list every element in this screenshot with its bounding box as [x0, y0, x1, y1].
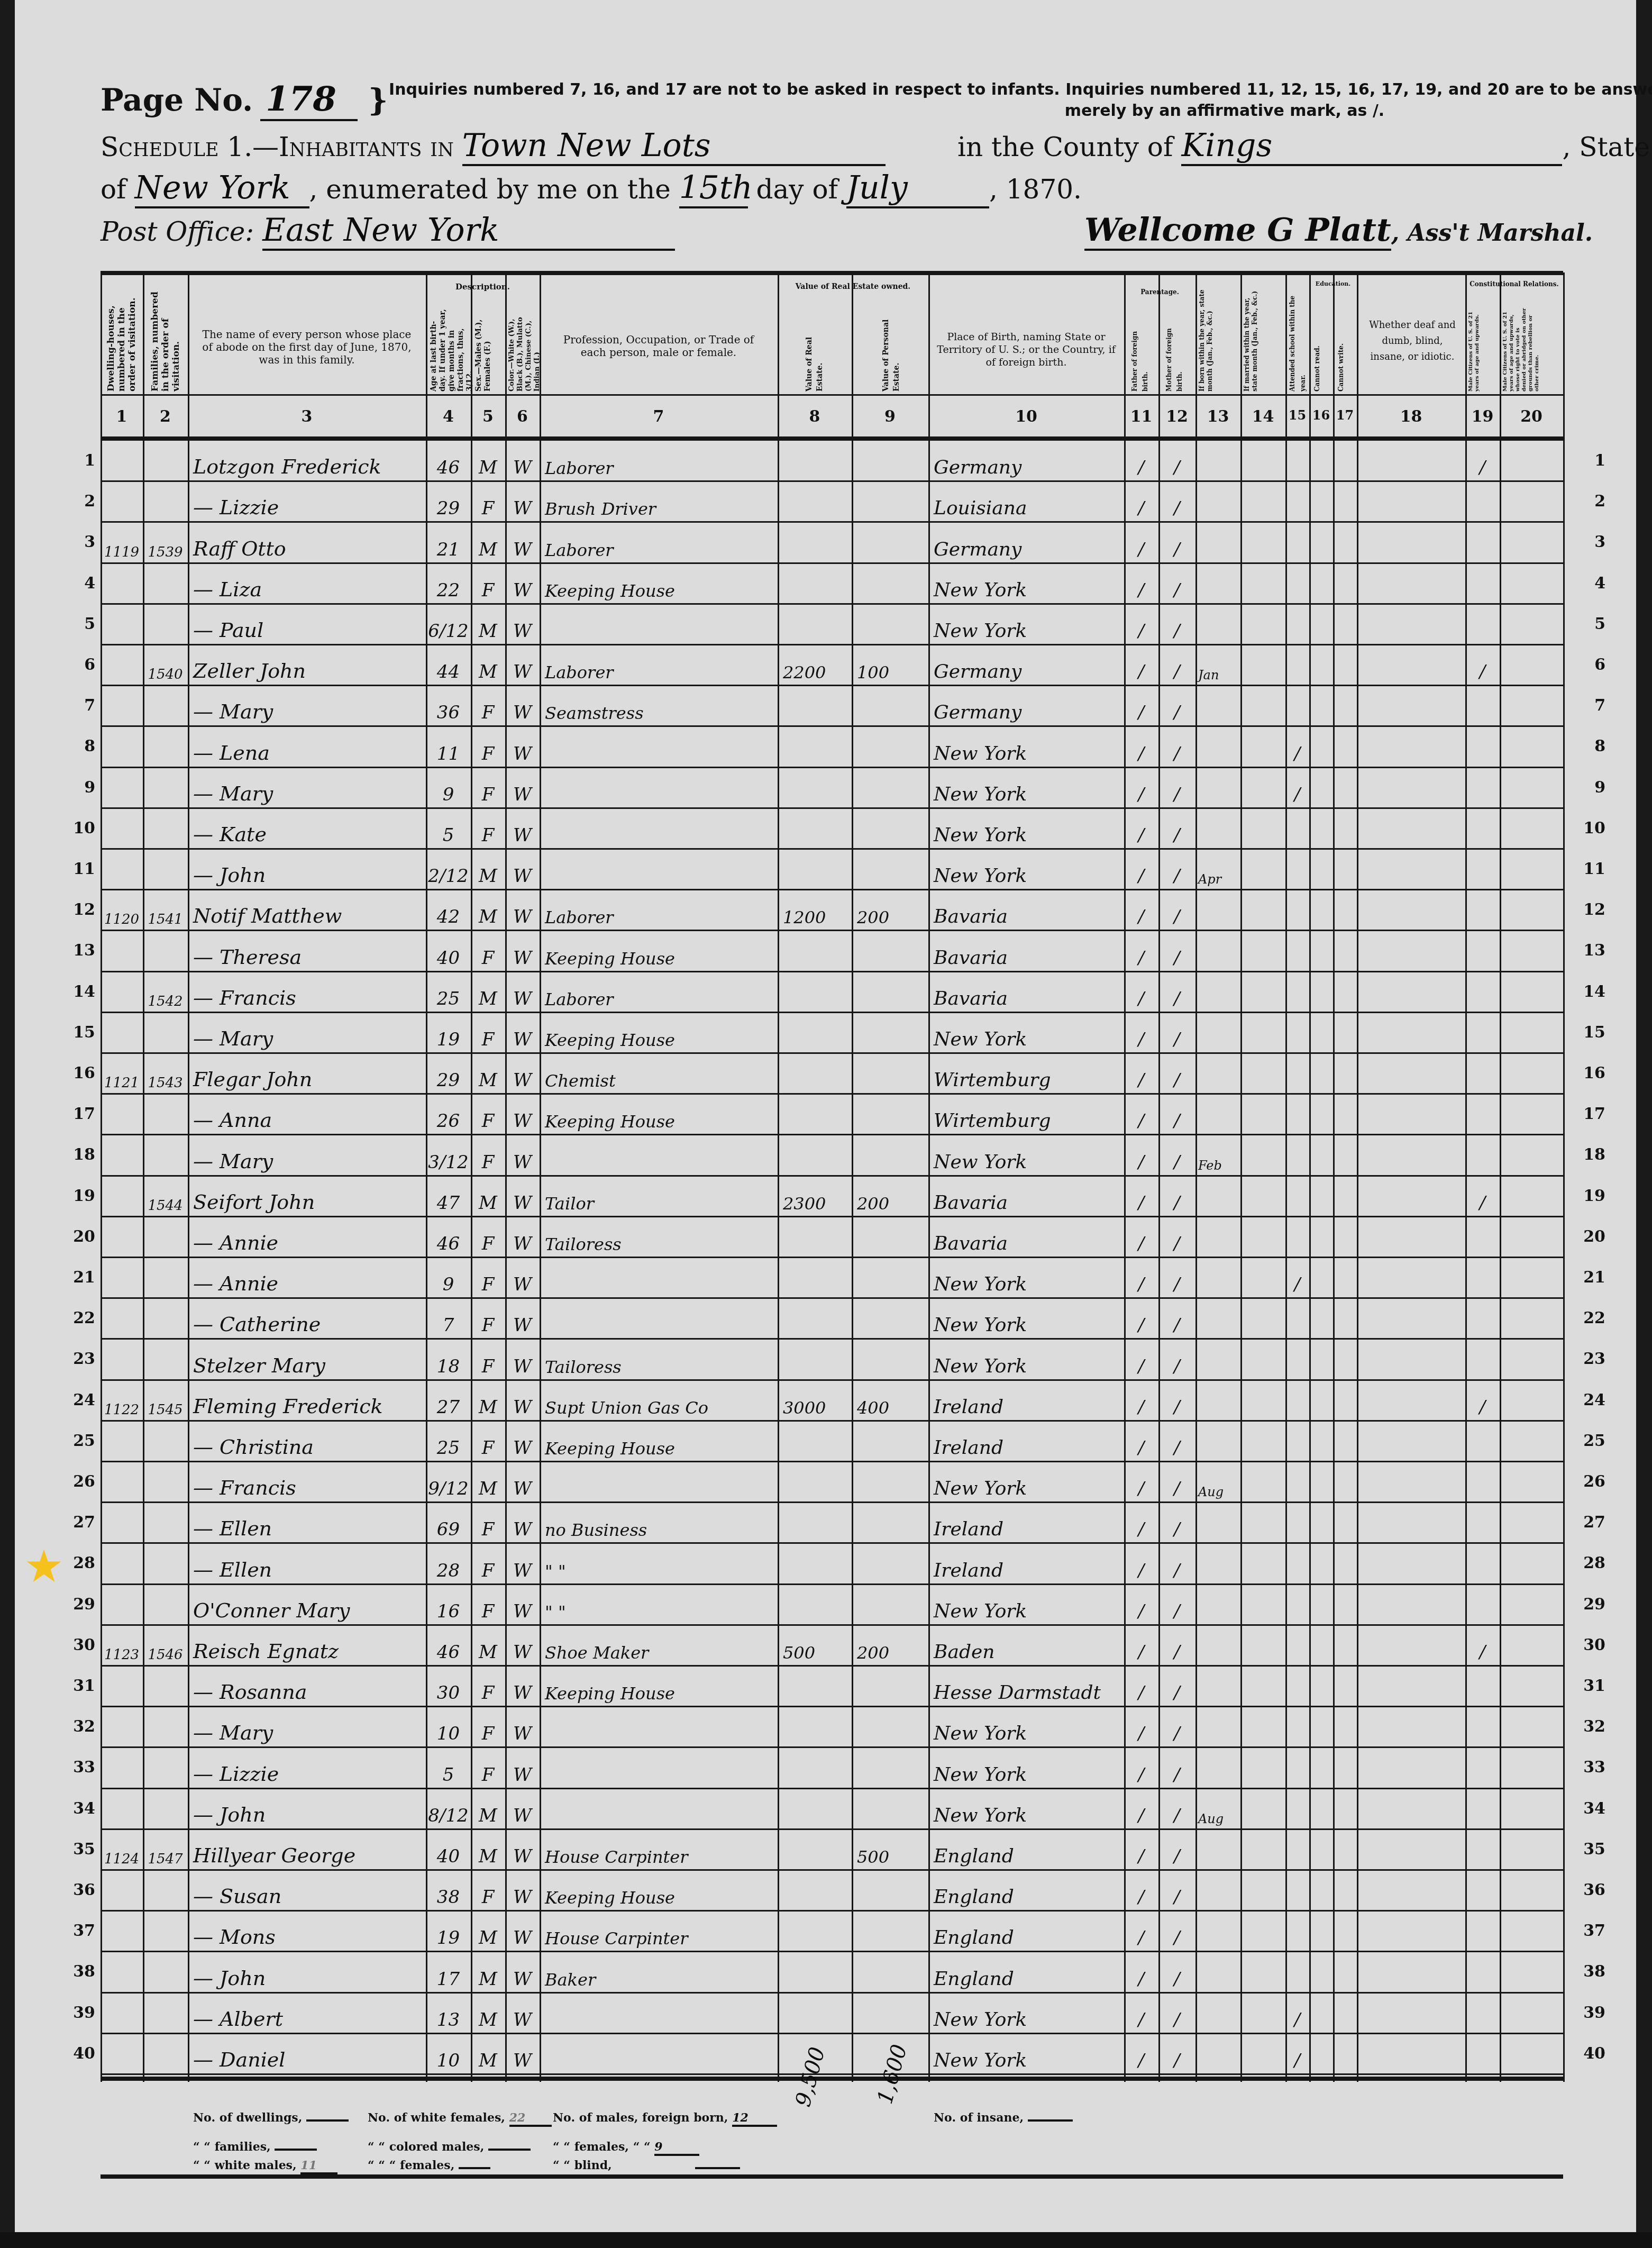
line-number-right: 20	[1579, 1227, 1605, 1246]
school-mark	[1285, 1912, 1309, 1951]
table-row: — Lena11FWNew York///88	[0, 727, 1652, 762]
footer-families: “ “ families,	[193, 2140, 317, 2154]
real-estate-value	[783, 1095, 852, 1134]
occupation: Tailor	[545, 1177, 778, 1216]
school-mark	[1285, 687, 1309, 725]
occupation: Keeping House	[545, 932, 778, 970]
row-rule	[101, 685, 1563, 686]
citizen-mark	[1465, 1299, 1500, 1338]
col-number-3: 3	[188, 407, 426, 426]
age: 17	[426, 1953, 471, 1991]
born-month	[1198, 1544, 1240, 1583]
occupation	[545, 769, 778, 807]
row-rule	[101, 480, 1563, 482]
mother-foreign-mark: /	[1158, 1299, 1195, 1338]
line-number-left: 18	[69, 1145, 95, 1164]
row-rule	[101, 971, 1563, 972]
dwelling-number	[101, 605, 143, 644]
col-number-11: 11	[1124, 407, 1158, 426]
school-mark	[1285, 973, 1309, 1012]
age: 28	[426, 1544, 471, 1583]
age: 38	[426, 1871, 471, 1910]
color: W	[505, 769, 540, 807]
mother-foreign-mark: /	[1158, 565, 1195, 603]
person-name: Fleming Frederick	[193, 1381, 426, 1420]
citizen-mark	[1465, 1340, 1500, 1379]
color: W	[505, 1544, 540, 1583]
school-mark	[1285, 1953, 1309, 1991]
row-rule	[101, 1257, 1563, 1258]
age: 46	[426, 1218, 471, 1257]
real-estate-value	[783, 1994, 852, 2033]
real-estate-value	[783, 1299, 852, 1338]
sex: M	[471, 1912, 505, 1951]
person-name: — Liza	[193, 565, 426, 603]
sex: F	[471, 1586, 505, 1624]
age: 19	[426, 1014, 471, 1052]
person-name: — Francis	[193, 973, 426, 1012]
occupation	[545, 1994, 778, 2033]
occupation: Keeping House	[545, 1667, 778, 1706]
personal-estate-value	[857, 1340, 928, 1379]
real-estate-value	[783, 1790, 852, 1828]
family-number	[143, 1790, 188, 1828]
line-number-left: 9	[69, 778, 95, 797]
occupation: " "	[545, 1544, 778, 1583]
sex: F	[471, 1871, 505, 1910]
born-month	[1198, 1586, 1240, 1624]
person-name: — John	[193, 1790, 426, 1828]
line-number-right: 24	[1579, 1391, 1605, 1409]
line-number-right: 36	[1579, 1881, 1605, 1899]
line-number-right: 38	[1579, 1962, 1605, 1981]
enumerated-label: , enumerated by me on the	[309, 174, 671, 205]
birthplace: New York	[934, 769, 1124, 807]
colored-males-value	[488, 2149, 531, 2151]
enumeration-line: of New York, enumerated by me on the 15t…	[101, 169, 1082, 208]
blind-value	[695, 2167, 740, 2169]
age: 69	[426, 1504, 471, 1542]
birthplace: New York	[934, 2035, 1124, 2073]
age: 25	[426, 1422, 471, 1461]
birthplace: New York	[934, 1790, 1124, 1828]
citizen-mark	[1465, 1095, 1500, 1134]
person-name: — Theresa	[193, 932, 426, 970]
birthplace: Ireland	[934, 1544, 1124, 1583]
father-foreign-mark: /	[1124, 850, 1158, 889]
col-number-7: 7	[540, 407, 778, 426]
table-row: — Lizzie29FWBrush DriverLouisiana//22	[0, 483, 1652, 517]
row-rule	[101, 767, 1563, 768]
personal-estate-value	[857, 932, 928, 970]
birthplace: Wirtemburg	[934, 1095, 1124, 1134]
school-mark	[1285, 483, 1309, 521]
dwelling-number	[101, 565, 143, 603]
father-foreign-mark: /	[1124, 1749, 1158, 1787]
day-value: 15th	[679, 169, 748, 208]
dwelling-number	[101, 1014, 143, 1052]
sex: M	[471, 2035, 505, 2073]
family-number	[143, 1749, 188, 1787]
born-month	[1198, 605, 1240, 644]
dwelling-number	[101, 1912, 143, 1951]
real-estate-value	[783, 1136, 852, 1175]
color: W	[505, 523, 540, 562]
dwelling-number	[101, 1586, 143, 1624]
real-estate-value	[783, 565, 852, 603]
line-number-left: 14	[69, 982, 95, 1001]
color: W	[505, 1790, 540, 1828]
person-name: Reisch Egnatz	[193, 1626, 426, 1665]
marshal-label: , Ass't Marshal.	[1391, 220, 1593, 247]
white-females-value: 22	[509, 2111, 552, 2127]
line-number-left: 27	[69, 1513, 95, 1532]
year-label: , 1870.	[989, 174, 1082, 205]
sex: M	[471, 1626, 505, 1665]
occupation	[545, 1259, 778, 1297]
row-rule	[101, 1093, 1563, 1095]
occupation: Laborer	[545, 973, 778, 1012]
table-row: — Susan38FWKeeping HouseEngland//3636	[0, 1871, 1652, 1906]
mother-foreign-mark: /	[1158, 769, 1195, 807]
col-group-real-estate: Value of Real Estate owned.	[778, 280, 928, 293]
footer-foreign-males: No. of males, foreign born, 12	[553, 2111, 777, 2127]
line-number-left: 29	[69, 1595, 95, 1614]
real-estate-value: 2300	[783, 1177, 852, 1216]
dwelling-number	[101, 1218, 143, 1257]
mother-foreign-mark: /	[1158, 523, 1195, 562]
sex: F	[471, 1259, 505, 1297]
family-number: 1545	[143, 1381, 188, 1420]
school-mark	[1285, 1504, 1309, 1542]
table-bottom-rule	[101, 2077, 1563, 2081]
line-number-right: 30	[1579, 1636, 1605, 1654]
person-name: — John	[193, 850, 426, 889]
row-rule	[101, 1992, 1563, 1994]
line-number-right: 35	[1579, 1840, 1605, 1859]
sex: F	[471, 1014, 505, 1052]
person-name: — Lena	[193, 727, 426, 766]
line-number-left: 28	[69, 1554, 95, 1572]
line-number-right: 14	[1579, 982, 1605, 1001]
post-office-line: Post Office: East New York	[101, 212, 675, 251]
real-estate-value	[783, 1708, 852, 1746]
line-number-right: 37	[1579, 1922, 1605, 1940]
line-number-left: 39	[69, 2004, 95, 2022]
table-row: — Lizzie5FWNew York//3333	[0, 1749, 1652, 1783]
born-month	[1198, 1381, 1240, 1420]
footer-insane: No. of insane,	[934, 2111, 1073, 2125]
father-foreign-mark: /	[1124, 1381, 1158, 1420]
occupation: Keeping House	[545, 1095, 778, 1134]
col-head-mother-foreign: Mother of foreign birth.	[1164, 312, 1190, 392]
col-head-personal-estate: Value of Personal Estate.	[881, 312, 902, 392]
birthplace: New York	[934, 1340, 1124, 1379]
person-name: — Mary	[193, 769, 426, 807]
table-row: — Catherine7FWNew York//2222	[0, 1299, 1652, 1334]
person-name: — Ellen	[193, 1504, 426, 1542]
row-rule	[101, 603, 1563, 605]
color: W	[505, 1871, 540, 1910]
dwelling-number	[101, 769, 143, 807]
born-month	[1198, 565, 1240, 603]
born-month: Jan	[1198, 646, 1240, 685]
age: 6/12	[426, 605, 471, 644]
family-number	[143, 1218, 188, 1257]
birthplace: New York	[934, 605, 1124, 644]
birthplace: England	[934, 1912, 1124, 1951]
color: W	[505, 442, 540, 480]
sex: F	[471, 565, 505, 603]
age: 46	[426, 442, 471, 480]
father-foreign-mark: /	[1124, 1259, 1158, 1297]
table-row: — Annie46FWTailoressBavaria//2020	[0, 1218, 1652, 1252]
birthplace: Wirtemburg	[934, 1054, 1124, 1093]
person-name: Zeller John	[193, 646, 426, 685]
blind-label: “ “ blind,	[553, 2159, 612, 2172]
birthplace: Ireland	[934, 1422, 1124, 1461]
citizen-mark	[1465, 1259, 1500, 1297]
personal-estate-value	[857, 769, 928, 807]
sex: F	[471, 1667, 505, 1706]
table-row: 11211543Flegar John29MWChemistWirtemburg…	[0, 1054, 1652, 1089]
dwelling-number	[101, 1095, 143, 1134]
row-rule	[101, 1461, 1563, 1462]
table-row: — Theresa40FWKeeping HouseBavaria//1313	[0, 932, 1652, 966]
family-number	[143, 809, 188, 848]
col-number-17: 17	[1333, 407, 1357, 423]
line-number-left: 33	[69, 1758, 95, 1777]
real-estate-value	[783, 1912, 852, 1951]
family-number: 1543	[143, 1054, 188, 1093]
age: 5	[426, 809, 471, 848]
sex: F	[471, 1136, 505, 1175]
color: W	[505, 1626, 540, 1665]
scan-border-bottom	[0, 2232, 1652, 2248]
birthplace: England	[934, 1831, 1124, 1869]
person-name: — Lizzie	[193, 483, 426, 521]
mother-foreign-mark: /	[1158, 687, 1195, 725]
mother-foreign-mark: /	[1158, 1463, 1195, 1501]
occupation: Baker	[545, 1953, 778, 1991]
dwelling-number	[101, 1544, 143, 1583]
table-row: 1544Seifort John47MWTailor2300200Bavaria…	[0, 1177, 1652, 1212]
father-foreign-mark: /	[1124, 646, 1158, 685]
line-number-left: 40	[69, 2044, 95, 2063]
row-rule	[101, 1746, 1563, 1748]
line-number-right: 17	[1579, 1105, 1605, 1123]
sex: F	[471, 809, 505, 848]
line-number-right: 16	[1579, 1064, 1605, 1082]
line-number-left: 37	[69, 1922, 95, 1940]
row-rule	[101, 1788, 1563, 1789]
family-number	[143, 1586, 188, 1624]
personal-estate-value	[857, 523, 928, 562]
occupation: Laborer	[545, 646, 778, 685]
person-name: — Lizzie	[193, 1749, 426, 1787]
father-foreign-mark: /	[1124, 1299, 1158, 1338]
personal-estate-value	[857, 605, 928, 644]
personal-estate-value: 400	[857, 1381, 928, 1420]
born-month	[1198, 1218, 1240, 1257]
occupation: Seamstress	[545, 687, 778, 725]
row-rule	[101, 1297, 1563, 1299]
table-row: — Anna26FWKeeping HouseWirtemburg//1717	[0, 1095, 1652, 1130]
school-mark	[1285, 1544, 1309, 1583]
col-head-real-estate: Value of Real Estate.	[804, 312, 825, 392]
row-rule	[101, 807, 1563, 809]
sex: M	[471, 605, 505, 644]
sex: F	[471, 1299, 505, 1338]
personal-estate-value: 100	[857, 646, 928, 685]
born-month	[1198, 1259, 1240, 1297]
color: W	[505, 1177, 540, 1216]
sex: F	[471, 1218, 505, 1257]
person-name: — Catherine	[193, 1299, 426, 1338]
school-mark	[1285, 1014, 1309, 1052]
born-month	[1198, 687, 1240, 725]
white-females-label: No. of white females,	[368, 2111, 505, 2125]
citizen-mark	[1465, 769, 1500, 807]
real-estate-value	[783, 1667, 852, 1706]
occupation: Tailoress	[545, 1218, 778, 1257]
real-estate-value: 500	[783, 1626, 852, 1665]
color: W	[505, 932, 540, 970]
instructions-notice: Inquiries numbered 7, 16, and 17 are not…	[389, 79, 1584, 122]
citizen-mark	[1465, 523, 1500, 562]
line-number-right: 1	[1579, 451, 1605, 470]
color: W	[505, 973, 540, 1012]
color: W	[505, 1667, 540, 1706]
real-estate-value	[783, 1831, 852, 1869]
line-number-right: 13	[1579, 941, 1605, 960]
dwelling-number: 1120	[101, 891, 143, 930]
person-name: Hillyear George	[193, 1831, 426, 1869]
person-name: — Francis	[193, 1463, 426, 1501]
citizen-mark	[1465, 973, 1500, 1012]
row-rule	[101, 1420, 1563, 1422]
dwelling-number	[101, 1708, 143, 1746]
birthplace: Bavaria	[934, 1177, 1124, 1216]
birthplace: Germany	[934, 646, 1124, 685]
col-head-occupation: Profession, Occupation, or Trade of each…	[550, 333, 767, 359]
table-row: 11201541Notif Matthew42MWLaborer1200200B…	[0, 891, 1652, 925]
citizen-mark: /	[1465, 1381, 1500, 1420]
line-number-left: 1	[69, 451, 95, 470]
real-estate-value	[783, 973, 852, 1012]
occupation: Shoe Maker	[545, 1626, 778, 1665]
birthplace: New York	[934, 1259, 1124, 1297]
occupation: Keeping House	[545, 1871, 778, 1910]
col-group-description: Description.	[426, 280, 540, 293]
col-number-18: 18	[1357, 407, 1465, 426]
citizen-mark	[1465, 1749, 1500, 1787]
row-rule	[101, 521, 1563, 523]
born-month	[1198, 769, 1240, 807]
person-name: O'Conner Mary	[193, 1586, 426, 1624]
family-number	[143, 605, 188, 644]
white-males-label: “ “ white males,	[193, 2159, 297, 2172]
mother-foreign-mark: /	[1158, 646, 1195, 685]
table-row: — John8/12MWNew York//Aug3434	[0, 1790, 1652, 1824]
line-number-right: 34	[1579, 1799, 1605, 1818]
line-number-left: 7	[69, 696, 95, 715]
mother-foreign-mark: /	[1158, 973, 1195, 1012]
line-number-right: 39	[1579, 2004, 1605, 2022]
color: W	[505, 565, 540, 603]
dwelling-number	[101, 1667, 143, 1706]
father-foreign-mark: /	[1124, 1626, 1158, 1665]
occupation	[545, 605, 778, 644]
table-row: — John17MWBakerEngland//3838	[0, 1953, 1652, 1987]
father-foreign-mark: /	[1124, 1504, 1158, 1542]
family-number	[143, 769, 188, 807]
occupation: House Carpinter	[545, 1831, 778, 1869]
age: 11	[426, 727, 471, 766]
occupation: Laborer	[545, 523, 778, 562]
born-month	[1198, 1831, 1240, 1869]
father-foreign-mark: /	[1124, 565, 1158, 603]
table-row: — John2/12MWNew York//Apr1111	[0, 850, 1652, 885]
page-number-value: 178	[260, 79, 358, 121]
age: 3/12	[426, 1136, 471, 1175]
line-number-left: 11	[69, 860, 95, 878]
row-rule	[101, 1706, 1563, 1707]
line-number-left: 34	[69, 1799, 95, 1818]
dwelling-number	[101, 1422, 143, 1461]
table-row: — Mary19FWKeeping HouseNew York//1515	[0, 1014, 1652, 1048]
mother-foreign-mark: /	[1158, 1136, 1195, 1175]
col-group-constitutional: Constitutional Relations.	[1465, 280, 1563, 288]
real-estate-value	[783, 1463, 852, 1501]
personal-estate-value	[857, 1749, 928, 1787]
citizen-mark	[1465, 1218, 1500, 1257]
col-head-vote-denied: Male Citizens of U. S. of 21 years of ag…	[1502, 307, 1560, 392]
col-head-disability: Whether deaf and dumb, blind, insane, or…	[1365, 317, 1460, 365]
color: W	[505, 605, 540, 644]
family-number: 1546	[143, 1626, 188, 1665]
table-row: — Ellen28FW" "Ireland//2828	[0, 1544, 1652, 1579]
age: 10	[426, 1708, 471, 1746]
dwelling-number	[101, 850, 143, 889]
citizen-mark: /	[1465, 442, 1500, 480]
birthplace: Germany	[934, 442, 1124, 480]
citizen-mark	[1465, 1953, 1500, 1991]
personal-estate-value	[857, 565, 928, 603]
color: W	[505, 1381, 540, 1420]
col-head-cannot-read: Cannot read.	[1312, 312, 1331, 392]
birthplace: New York	[934, 850, 1124, 889]
occupation: Keeping House	[545, 1422, 778, 1461]
sex: M	[471, 973, 505, 1012]
personal-estate-value	[857, 1463, 928, 1501]
line-number-left: 25	[69, 1432, 95, 1450]
birthplace: Hesse Darmstadt	[934, 1667, 1124, 1706]
table-row: 11231546Reisch Egnatz46MWShoe Maker50020…	[0, 1626, 1652, 1661]
line-number-right: 32	[1579, 1717, 1605, 1736]
line-number-left: 17	[69, 1105, 95, 1123]
col-number-6: 6	[505, 407, 540, 426]
father-foreign-mark: /	[1124, 1790, 1158, 1828]
row-rule	[101, 1379, 1563, 1381]
color: W	[505, 1953, 540, 1991]
mother-foreign-mark: /	[1158, 483, 1195, 521]
person-name: — Paul	[193, 605, 426, 644]
school-mark	[1285, 1299, 1309, 1338]
sex: F	[471, 769, 505, 807]
occupation: Tailoress	[545, 1340, 778, 1379]
sex: F	[471, 932, 505, 970]
